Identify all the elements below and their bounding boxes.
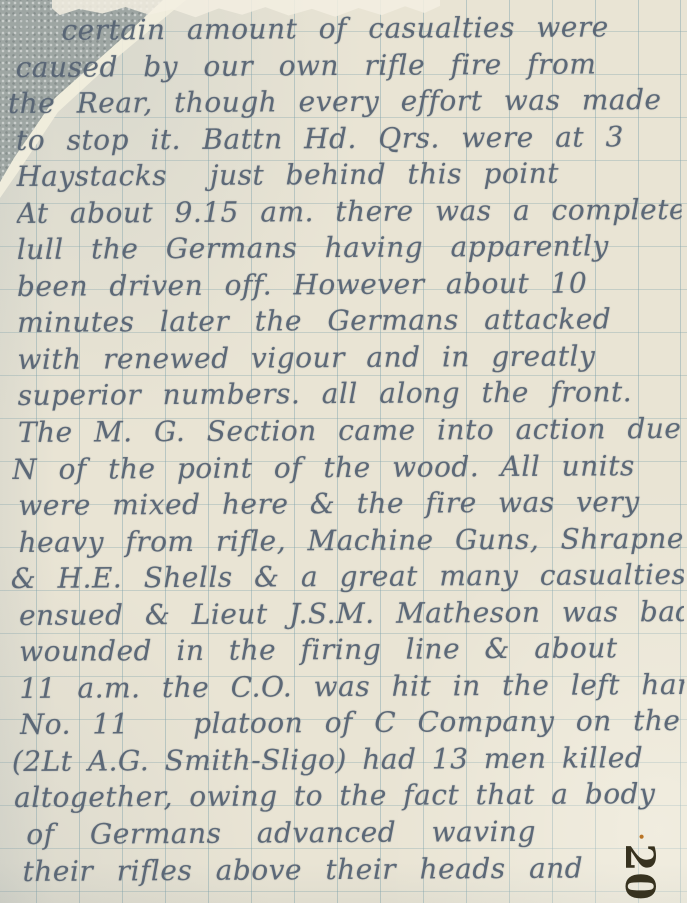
handwritten-line: of Germans advanced waving: [26, 813, 685, 854]
handwritten-line: caused by our own rifle fire from: [16, 45, 681, 86]
handwritten-line: No. 11 platoon of C Company on the left: [20, 703, 685, 744]
page-number: 20: [616, 844, 663, 902]
handwritten-line: 11 a.m. the C.O. was hit in the left han…: [19, 667, 684, 708]
diary-page: certain amount of casualties were caused…: [0, 0, 687, 903]
handwritten-line: were mixed here & the fire was very: [18, 484, 683, 525]
handwritten-line: Haystacks just behind this point: [16, 155, 681, 196]
stamp-dot: ·: [628, 833, 654, 842]
handwritten-line: been driven off. However about 10: [17, 265, 682, 306]
page-number-stamp: ·20: [619, 833, 659, 901]
handwritten-line: ensued & Lieut J.S.M. Matheson was badly: [19, 594, 684, 635]
handwritten-line: certain amount of casualties were: [61, 9, 680, 49]
handwritten-line: The M. G. Section came into action due: [18, 411, 683, 452]
handwritten-line: heavy from rifle, Machine Guns, Shrapnel: [18, 521, 683, 562]
handwritten-line: lull the Germans having apparently: [17, 228, 682, 269]
handwritten-line: & H.E. Shells & a great many casualties: [11, 557, 684, 598]
handwritten-line: their rifles above their heads and: [22, 850, 685, 891]
handwriting-block: certain amount of casualties were caused…: [5, 9, 685, 890]
handwritten-line: the Rear, though every effort was made: [8, 82, 681, 123]
handwritten-line: N of the point of the wood. All units: [12, 448, 683, 489]
handwritten-line: altogether, owing to the fact that a bod…: [14, 776, 685, 817]
handwritten-line: wounded in the firing line & about: [19, 630, 684, 671]
handwritten-line: superior numbers. all along the front.: [18, 374, 683, 415]
handwritten-line: minutes later the Germans attacked: [17, 301, 682, 342]
handwritten-line: to stop it. Battn Hd. Qrs. were at 3: [16, 119, 681, 160]
handwritten-line: with renewed vigour and in greatly: [17, 338, 682, 379]
handwritten-line: At about 9.15 am. there was a complete: [16, 192, 681, 233]
handwritten-line: (2Lt A.G. Smith-Sligo) had 13 men killed: [12, 740, 685, 781]
